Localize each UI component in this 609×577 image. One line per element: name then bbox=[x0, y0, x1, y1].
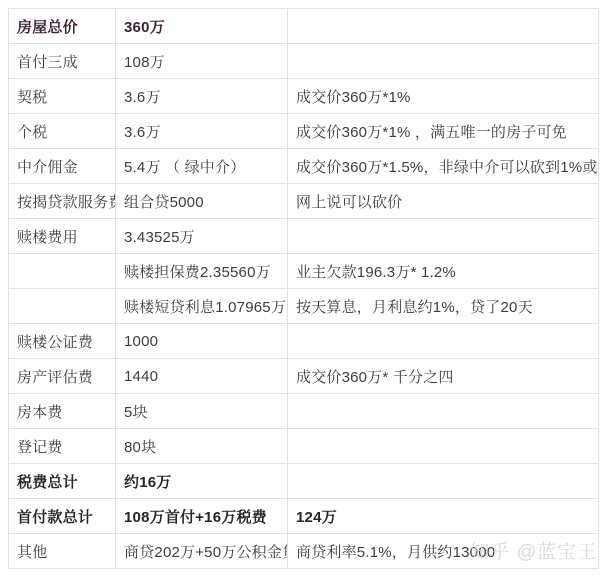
cell-value: 赎楼担保费2.35560万 bbox=[116, 254, 288, 289]
cell-note bbox=[288, 44, 599, 79]
cell-label bbox=[9, 254, 116, 289]
table-row: 房屋总价360万 bbox=[9, 9, 599, 44]
cell-label bbox=[9, 289, 116, 324]
cell-value: 1440 bbox=[116, 359, 288, 394]
cell-value: 3.6万 bbox=[116, 79, 288, 114]
table-row: 赎楼短贷利息1.07965万按天算息，月利息约1%，贷了20天 bbox=[9, 289, 599, 324]
cell-value: 组合贷5000 bbox=[116, 184, 288, 219]
cell-note bbox=[288, 324, 599, 359]
table-row: 赎楼费用3.43525万 bbox=[9, 219, 599, 254]
cell-note: 业主欠款196.3万* 1.2% bbox=[288, 254, 599, 289]
cell-label: 首付三成 bbox=[9, 44, 116, 79]
table-row: 按揭贷款服务费组合贷5000网上说可以砍价 bbox=[9, 184, 599, 219]
table-row: 契税3.6万成交价360万*1% bbox=[9, 79, 599, 114]
cell-note: 网上说可以砍价 bbox=[288, 184, 599, 219]
cell-value: 约16万 bbox=[116, 464, 288, 499]
cell-note: 成交价360万*1.5%，非绿中介可以砍到1%或者以下 bbox=[288, 149, 599, 184]
cell-label: 中介佣金 bbox=[9, 149, 116, 184]
table-row: 税费总计约16万 bbox=[9, 464, 599, 499]
cell-value: 商贷202万+50万公积金贷 bbox=[116, 534, 288, 569]
cell-note: 124万 bbox=[288, 499, 599, 534]
housing-cost-table-body: 房屋总价360万首付三成108万契税3.6万成交价360万*1%个税3.6万成交… bbox=[9, 9, 599, 569]
cell-label: 其他 bbox=[9, 534, 116, 569]
cell-value: 5.4万 （ 绿中介） bbox=[116, 149, 288, 184]
cell-label: 赎楼费用 bbox=[9, 219, 116, 254]
cell-label: 个税 bbox=[9, 114, 116, 149]
cell-label: 按揭贷款服务费 bbox=[9, 184, 116, 219]
cell-note: 成交价360万*1% bbox=[288, 79, 599, 114]
cell-value: 108万首付+16万税费 bbox=[116, 499, 288, 534]
cell-note bbox=[288, 9, 599, 44]
cell-value: 3.43525万 bbox=[116, 219, 288, 254]
cell-value: 5块 bbox=[116, 394, 288, 429]
page: 房屋总价360万首付三成108万契税3.6万成交价360万*1%个税3.6万成交… bbox=[0, 0, 609, 577]
cell-note bbox=[288, 394, 599, 429]
cell-note: 商贷利率5.1%，月供约13000 bbox=[288, 534, 599, 569]
cell-value: 赎楼短贷利息1.07965万 bbox=[116, 289, 288, 324]
table-row: 赎楼公证费1000 bbox=[9, 324, 599, 359]
cell-value: 3.6万 bbox=[116, 114, 288, 149]
cell-note bbox=[288, 464, 599, 499]
table-row: 个税3.6万成交价360万*1% ，满五唯一的房子可免 bbox=[9, 114, 599, 149]
cell-value: 108万 bbox=[116, 44, 288, 79]
cell-label: 房屋总价 bbox=[9, 9, 116, 44]
table-row: 登记费80块 bbox=[9, 429, 599, 464]
cell-note bbox=[288, 219, 599, 254]
cell-label: 首付款总计 bbox=[9, 499, 116, 534]
cell-label: 契税 bbox=[9, 79, 116, 114]
cell-label: 房本费 bbox=[9, 394, 116, 429]
housing-cost-table: 房屋总价360万首付三成108万契税3.6万成交价360万*1%个税3.6万成交… bbox=[8, 8, 599, 569]
cell-value: 1000 bbox=[116, 324, 288, 359]
cell-label: 房产评估费 bbox=[9, 359, 116, 394]
table-row: 中介佣金5.4万 （ 绿中介）成交价360万*1.5%，非绿中介可以砍到1%或者… bbox=[9, 149, 599, 184]
table-row: 赎楼担保费2.35560万业主欠款196.3万* 1.2% bbox=[9, 254, 599, 289]
table-row: 房本费5块 bbox=[9, 394, 599, 429]
table-row: 其他商贷202万+50万公积金贷商贷利率5.1%，月供约13000 bbox=[9, 534, 599, 569]
cell-label: 税费总计 bbox=[9, 464, 116, 499]
cell-note: 成交价360万* 千分之四 bbox=[288, 359, 599, 394]
table-row: 首付款总计108万首付+16万税费124万 bbox=[9, 499, 599, 534]
cell-note: 成交价360万*1% ，满五唯一的房子可免 bbox=[288, 114, 599, 149]
cell-label: 登记费 bbox=[9, 429, 116, 464]
cell-label: 赎楼公证费 bbox=[9, 324, 116, 359]
cell-value: 80块 bbox=[116, 429, 288, 464]
cell-value: 360万 bbox=[116, 9, 288, 44]
table-row: 房产评估费1440成交价360万* 千分之四 bbox=[9, 359, 599, 394]
cell-note: 按天算息，月利息约1%，贷了20天 bbox=[288, 289, 599, 324]
table-row: 首付三成108万 bbox=[9, 44, 599, 79]
cell-note bbox=[288, 429, 599, 464]
